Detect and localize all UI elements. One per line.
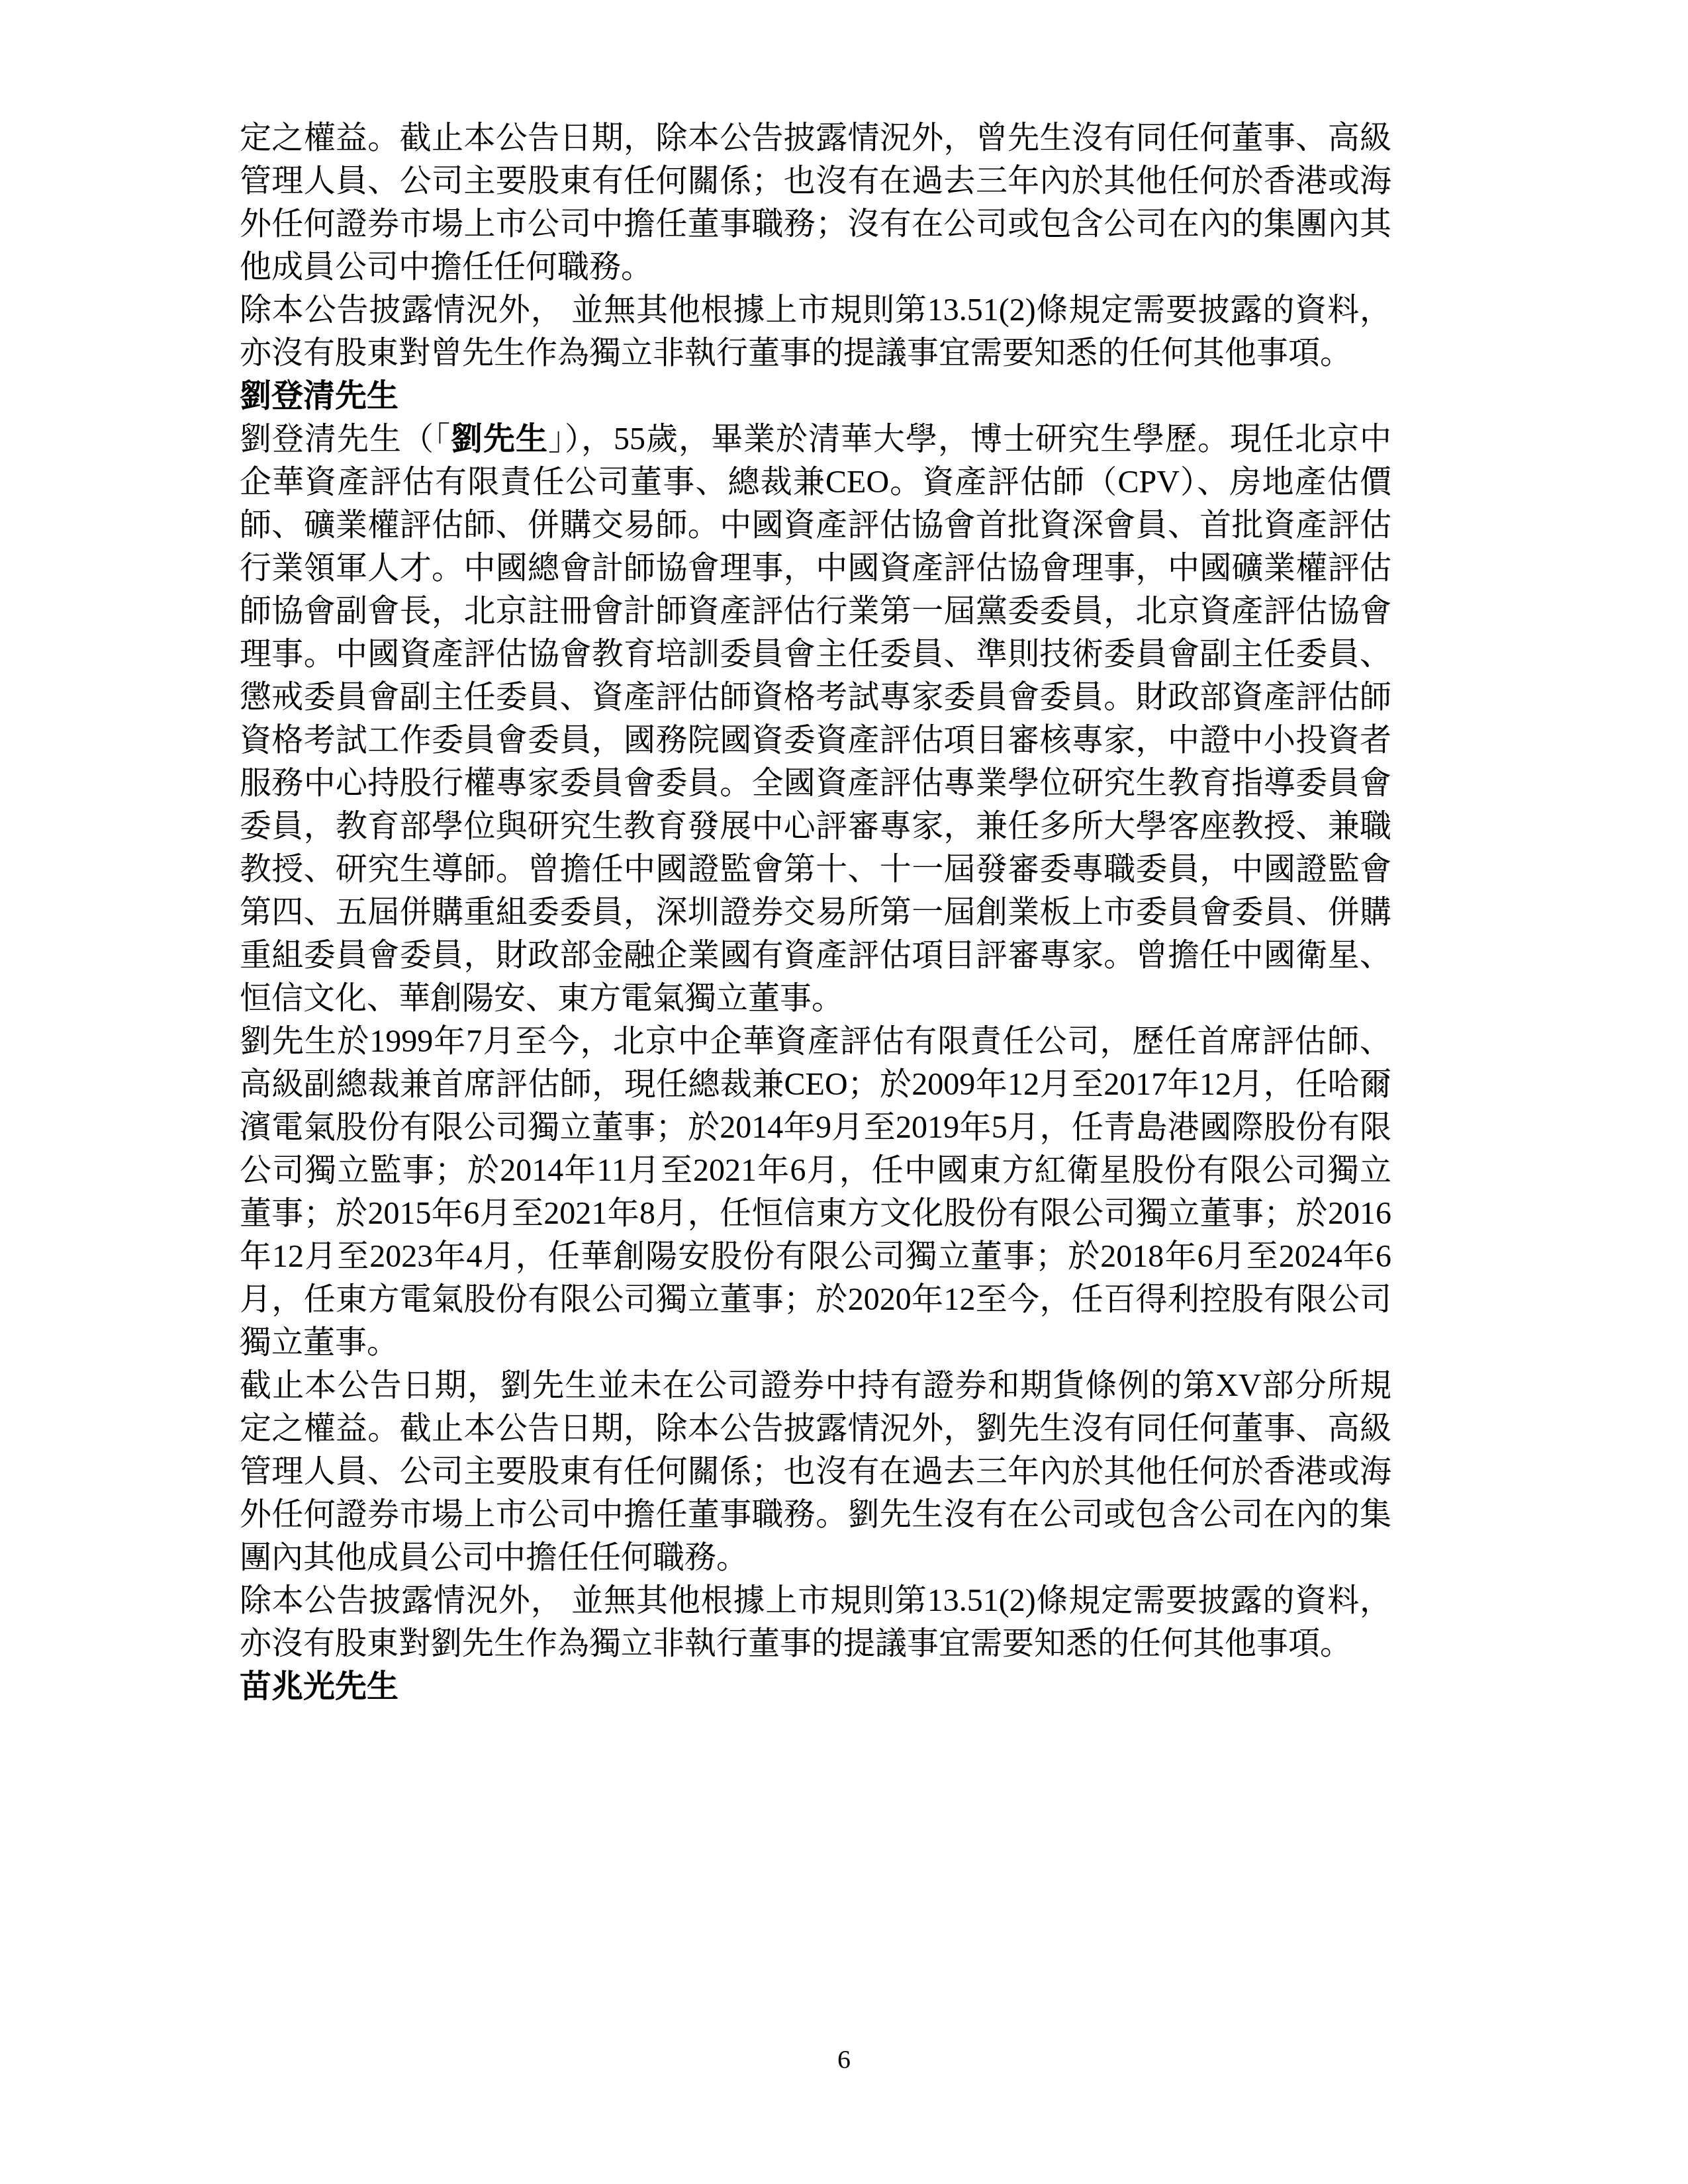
- paragraph-zeng-interests: 定之權益。截止本公告日期，除本公告披露情況外，曾先生沒有同任何董事、高級管理人員…: [240, 116, 1391, 289]
- heading-liu-dengqing: 劉登清先生: [240, 375, 1391, 418]
- liu-biography-lead-text: 劉登清先生（「: [240, 422, 451, 457]
- liu-biography-body-text: 」），55歲，畢業於清華大學，博士研究生學歷。現任北京中企華資產評估有限責任公司…: [240, 422, 1391, 1016]
- paragraph-liu-disclosure: 除本公告披露情況外， 並無其他根據上市規則第13.51(2)條規定需要披露的資料…: [240, 1579, 1391, 1665]
- page-number: 6: [0, 2044, 1688, 2075]
- paragraph-liu-career: 劉先生於1999年7月至今，北京中企華資產評估有限責任公司，歷任首席評估師、高級…: [240, 1020, 1391, 1364]
- page-content: 定之權益。截止本公告日期，除本公告披露情況外，曾先生沒有同任何董事、高級管理人員…: [240, 116, 1391, 1708]
- heading-miao-zhaoguang: 苗兆光先生: [240, 1665, 1391, 1708]
- paragraph-zeng-disclosure: 除本公告披露情況外， 並無其他根據上市規則第13.51(2)條規定需要披露的資料…: [240, 289, 1391, 375]
- document-page: 定之權益。截止本公告日期，除本公告披露情況外，曾先生沒有同任何董事、高級管理人員…: [0, 0, 1688, 2184]
- paragraph-liu-interests: 截止本公告日期，劉先生並未在公司證券中持有證券和期貨條例的第XV部分所規定之權益…: [240, 1364, 1391, 1579]
- paragraph-liu-biography: 劉登清先生（「劉先生」），55歲，畢業於清華大學，博士研究生學歷。現任北京中企華…: [240, 418, 1391, 1020]
- liu-defined-term: 劉先生: [451, 422, 548, 457]
